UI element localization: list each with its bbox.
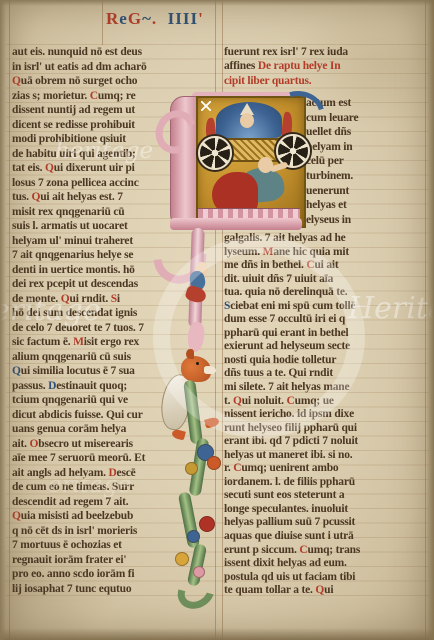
text-line: ppharū qui erant in bethel bbox=[224, 327, 426, 341]
text-line: dit. uiuit dñs 7 uiuit aīa bbox=[224, 273, 426, 287]
text-line: in isrl' ut eatis ad dm acharō bbox=[12, 60, 215, 75]
text-line: actum est bbox=[306, 96, 426, 111]
right-text-column-top: fuerunt rex isrl' 7 rex iudaaffines De r… bbox=[224, 45, 426, 88]
vine-roundel bbox=[207, 456, 221, 470]
text-line: lyseum. Mane hic quia mit bbox=[224, 246, 426, 260]
text-line: fuerunt rex isrl' 7 rex iuda bbox=[224, 45, 426, 59]
text-line: aquas que diuise sunt i utrā bbox=[224, 530, 426, 544]
text-line: hō dei sum descendat ignis bbox=[12, 306, 215, 321]
vine-roundel bbox=[199, 516, 215, 532]
text-line: Quā obrem nō surget ocho bbox=[12, 74, 215, 89]
text-line: t. Qui noluit. Cumq; ue bbox=[224, 395, 426, 409]
text-line: helyas et bbox=[306, 198, 426, 213]
ruling-line-left bbox=[9, 0, 10, 640]
text-line: te quam tollar a te. Qui bbox=[224, 584, 426, 598]
initial-frame-bottom bbox=[170, 218, 302, 230]
text-line: dñs tuus a te. Qui rndit bbox=[224, 367, 426, 381]
manuscript-page: ReG~. IIII' aut eis. nunquid nō est deus… bbox=[0, 0, 434, 640]
text-line: turbinem. bbox=[306, 169, 426, 184]
text-line: aut eis. nunquid nō est deus bbox=[12, 45, 215, 60]
chariot-wheel-left bbox=[198, 136, 232, 170]
text-line: r. Cumq; uenirent ambo bbox=[224, 462, 426, 476]
text-line: erunt p siccum. Cumq; trans bbox=[224, 544, 426, 558]
dragon-ear bbox=[186, 349, 194, 359]
text-line: sic factum ē. Misit ergo rex bbox=[12, 335, 215, 350]
text-line: celū per bbox=[306, 154, 426, 169]
text-line: Sciebat eni mi spū cum tollē bbox=[224, 300, 426, 314]
text-line: cipit liber quartus. bbox=[224, 74, 426, 88]
running-title: ReG~. IIII' bbox=[106, 8, 286, 30]
text-line: uellet dñs bbox=[306, 125, 426, 140]
dragon-snout bbox=[204, 366, 216, 374]
gold-panel-x-mark bbox=[201, 101, 211, 111]
text-line: secuti sunt eos steterunt a bbox=[224, 489, 426, 503]
text-line: dum esse 7 occultū iri ei q bbox=[224, 313, 426, 327]
text-line: helyas ut maneret ibi. si no. bbox=[224, 449, 426, 463]
text-line: nosti quia hodie tolletur bbox=[224, 354, 426, 368]
text-line: nissent iericho. id ipsm dixe bbox=[224, 408, 426, 422]
text-line: aīe mee 7 seruorū meorū. Et bbox=[12, 451, 215, 466]
text-line: uenerunt bbox=[306, 184, 426, 199]
vine-roundel bbox=[185, 462, 198, 475]
text-line: erant ibi. qd 7 pdicti 7 noluit bbox=[224, 435, 426, 449]
text-line: longe speculantes. inuoluit bbox=[224, 503, 426, 517]
text-line: 7 mortuus ē ochozias et bbox=[12, 538, 215, 553]
right-text-column-beside-initial: actum estcum leuareuellet dñshelyam ince… bbox=[306, 96, 426, 227]
text-line: tua. quia nō derelinquā te. bbox=[224, 286, 426, 300]
photo-edge-top bbox=[0, 0, 434, 6]
text-line: affines De raptu helye In bbox=[224, 59, 426, 73]
text-line: cum leuare bbox=[306, 111, 426, 126]
text-line: me dñs in bethel. Cui ait bbox=[224, 259, 426, 273]
photo-edge-bottom bbox=[0, 628, 434, 640]
text-line: postula qd uis ut faciam tibi bbox=[224, 571, 426, 585]
text-line: ReG~. IIII' bbox=[106, 8, 286, 30]
elijah-figure bbox=[240, 113, 254, 128]
text-line: ait. Obsecro ut miserearis bbox=[12, 437, 215, 452]
vine-roundel bbox=[175, 552, 189, 566]
vine-roundel bbox=[187, 530, 200, 543]
text-line: de celo 7 deuoret te 7 tuos. 7 bbox=[12, 321, 215, 336]
ruling-line-header bbox=[102, 0, 103, 45]
text-line: iordanem. l. de filiis ppharū bbox=[224, 476, 426, 490]
text-line: mi silete. 7 ait helyas mane bbox=[224, 381, 426, 395]
text-line: runt helyseo filij ppharū qui bbox=[224, 422, 426, 436]
text-line: issent dixit helyas ad eum. bbox=[224, 557, 426, 571]
text-line: helyam in bbox=[306, 140, 426, 155]
text-line: elyseus in bbox=[306, 213, 426, 228]
text-line: exierunt ad helyseum secte bbox=[224, 340, 426, 354]
right-text-column-main: galgalis. 7 ait helyas ad helyseum. Mane… bbox=[224, 232, 426, 598]
text-line: galgalis. 7 ait helyas ad he bbox=[224, 232, 426, 246]
text-line: helyas pallium suū 7 pcussit bbox=[224, 516, 426, 530]
dragon-eye bbox=[196, 362, 199, 365]
